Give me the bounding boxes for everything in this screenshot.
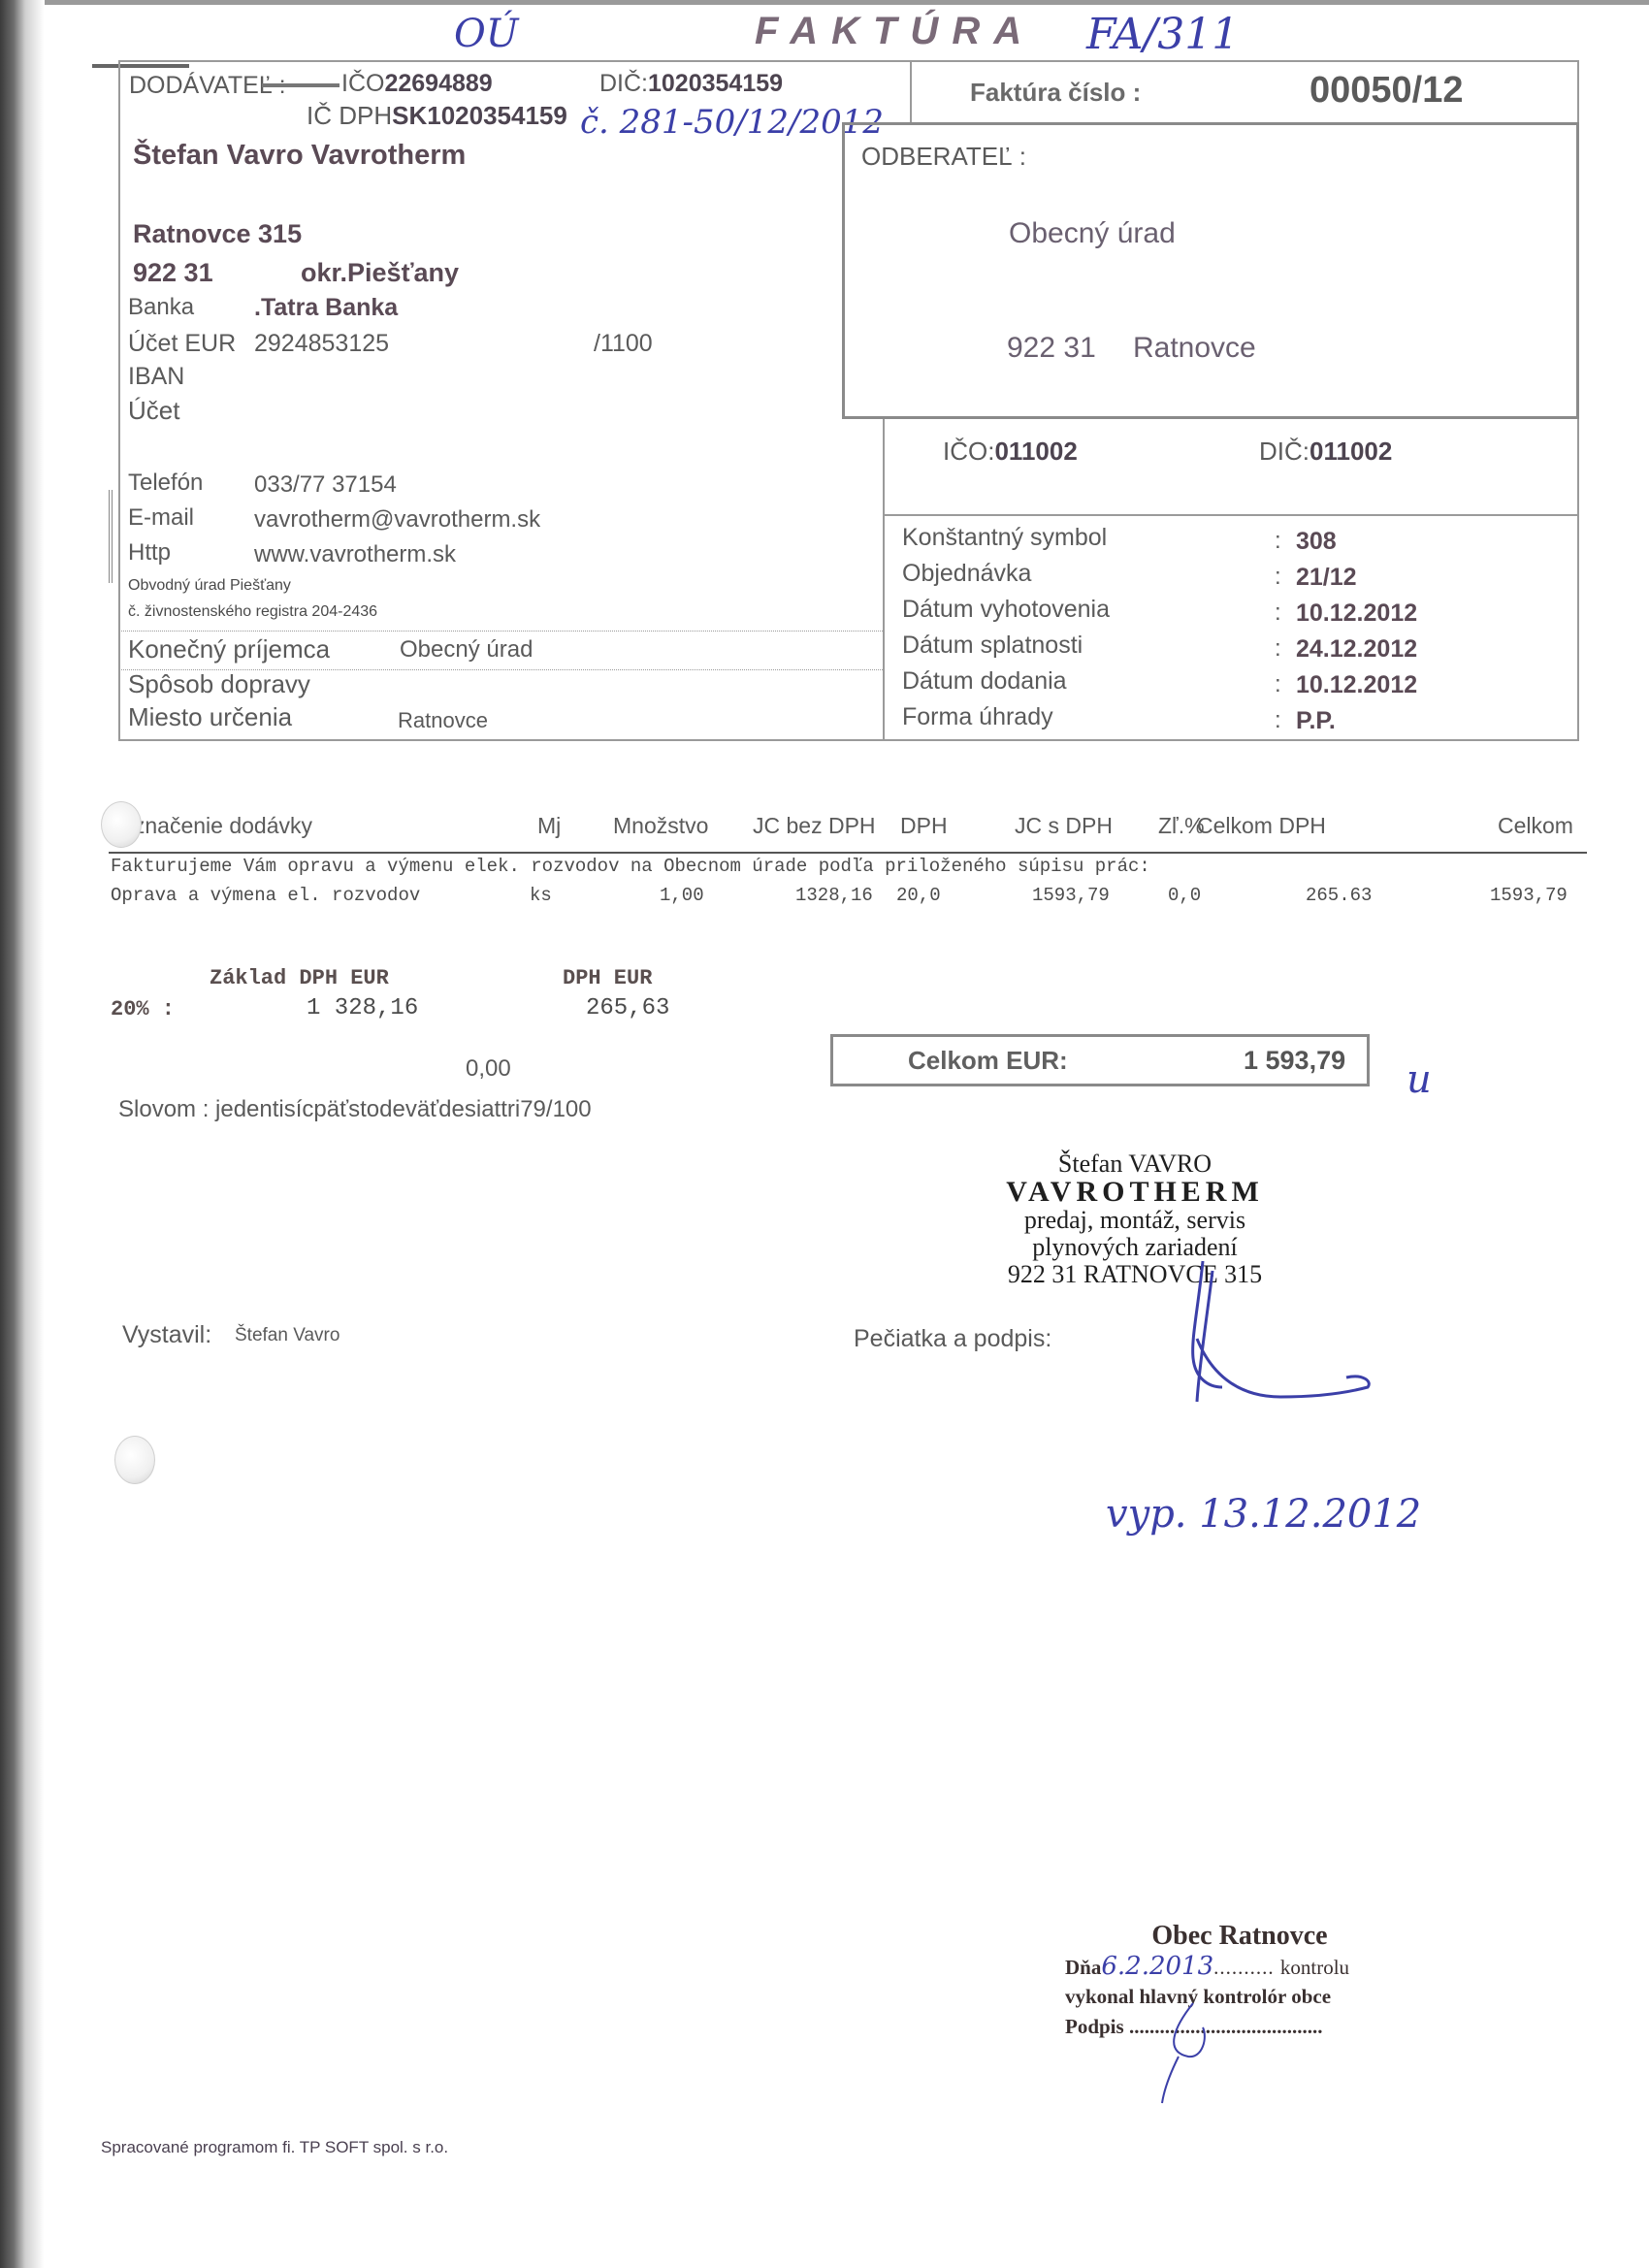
detail-value: 24.12.2012	[1296, 635, 1417, 664]
detail-colon: :	[1275, 564, 1281, 591]
iban-label: IBAN	[128, 363, 184, 391]
customer-dic: DIČ:011002	[1259, 437, 1392, 467]
handwritten-received-note: vyp. 13.12.2012	[1106, 1492, 1421, 1537]
detail-colon: :	[1275, 528, 1281, 555]
account-eur-label: Účet EUR	[128, 330, 236, 358]
issued-by-value: Štefan Vavro	[235, 1325, 339, 1346]
bank-label: Banka	[128, 294, 194, 321]
document-title: FAKTÚRA	[755, 10, 1035, 53]
bank-code: /1100	[594, 330, 653, 358]
email-label: E-mail	[128, 504, 194, 532]
detail-label: Forma úhrady	[902, 703, 1053, 731]
table-cell-vat-rate: 20,0	[896, 885, 941, 906]
control-signature	[1135, 1998, 1232, 2105]
total-label: Celkom EUR:	[908, 1046, 1068, 1076]
table-cell-quantity: 1,00	[660, 885, 704, 906]
customer-name: Obecný úrad	[1009, 217, 1176, 250]
vat-base-label: Základ DPH EUR	[210, 966, 389, 990]
supplier-dic: DIČ:1020354159	[599, 70, 783, 98]
table-cell-unit: ks	[530, 885, 552, 906]
issued-by-label: Vystavil:	[122, 1321, 211, 1349]
detail-colon: :	[1275, 599, 1281, 627]
total-value: 1 593,79	[1244, 1046, 1345, 1076]
final-recipient-value: Obecný úrad	[400, 636, 533, 664]
detail-label: Dátum vyhotovenia	[902, 596, 1110, 624]
supplier-icdph: IČ DPHSK1020354159	[307, 101, 567, 131]
detail-colon: :	[1275, 707, 1281, 734]
detail-colon: :	[1275, 635, 1281, 663]
detail-label: Dátum dodania	[902, 667, 1067, 696]
detail-label: Objednávka	[902, 560, 1031, 588]
district-office: Obvodný úrad Piešťany	[128, 577, 291, 595]
table-cell-total: 1593,79	[1490, 885, 1568, 906]
details-divider	[883, 417, 885, 741]
phone-value: 033/77 37154	[254, 471, 397, 499]
detail-value: 10.12.2012	[1296, 671, 1417, 699]
items-header-rule	[109, 852, 1587, 854]
column-header: Mj	[537, 813, 561, 839]
detail-value: P.P.	[1296, 707, 1336, 735]
control-stamp-title: Obec Ratnovce	[1065, 1921, 1375, 1952]
handwritten-ref: FA/311	[1086, 10, 1239, 59]
supplier-ico: IČO22694889	[341, 70, 493, 98]
column-header: Celkom	[1498, 813, 1573, 839]
supplier-zip: 922 31	[133, 258, 213, 288]
destination-value: Ratnovce	[398, 708, 488, 733]
other-amount: 0,00	[466, 1055, 511, 1083]
vat-amount-value: 265,63	[586, 995, 669, 1021]
column-header: Celkom DPH	[1197, 813, 1326, 839]
iban-account-label: Účet	[128, 396, 179, 426]
table-cell-vat-total: 265.63	[1306, 885, 1372, 906]
handwritten-note-ou: OÚ	[454, 12, 519, 56]
detail-label: Konštantný symbol	[902, 524, 1107, 552]
supplier-name: Štefan Vavro Vavrotherm	[133, 140, 466, 172]
table-cell-description: Oprava a výmena el. rozvodov	[111, 885, 420, 906]
column-header: Množstvo	[613, 813, 708, 839]
details-top-divider	[883, 514, 1579, 516]
phone-label: Telefón	[128, 470, 203, 497]
table-cell-unit-price-gross: 1593,79	[1032, 885, 1110, 906]
handwritten-initial: u	[1406, 1057, 1432, 1102]
stamp-services: predaj, montáž, servis	[970, 1207, 1300, 1234]
vat-base-value: 1 328,16	[307, 995, 418, 1021]
customer-zip: 922 31	[1007, 332, 1096, 365]
trade-register: č. živnostenského registra 204-2436	[128, 603, 377, 621]
delivery-divider-1	[118, 631, 883, 632]
stamp-owner: Štefan VAVRO	[970, 1150, 1300, 1178]
email-value[interactable]: vavrotherm@vavrotherm.sk	[254, 506, 540, 534]
header-left-border	[118, 60, 120, 741]
invoice-number-divider	[910, 60, 912, 124]
detail-colon: :	[1275, 671, 1281, 698]
detail-label: Dátum splatnosti	[902, 632, 1083, 660]
detail-value: 21/12	[1296, 564, 1357, 592]
customer-label: ODBERATEĽ :	[861, 142, 1026, 172]
invoice-number: 00050/12	[1309, 70, 1464, 112]
header-top-border	[118, 60, 1579, 62]
bank-name: .Tatra Banka	[254, 294, 398, 322]
punch-hole	[114, 1436, 155, 1484]
table-cell-discount: 0,0	[1168, 885, 1201, 906]
web-label: Http	[128, 539, 171, 567]
web-value[interactable]: www.vavrotherm.sk	[254, 541, 456, 568]
signature-scribble	[1174, 1251, 1387, 1407]
strike-mark	[262, 83, 339, 87]
scan-edge	[0, 0, 45, 2268]
binder-mark	[109, 490, 113, 583]
detail-value: 308	[1296, 528, 1337, 556]
items-intro: Fakturujeme Vám opravu a výmenu elek. ro…	[111, 856, 1150, 877]
header-bottom-border	[118, 739, 1579, 741]
supplier-street: Ratnovce 315	[133, 219, 302, 249]
pen-stroke	[92, 64, 189, 68]
stamp-company: VAVROTHERM	[970, 1178, 1300, 1207]
vat-rate-label: 20% :	[111, 997, 175, 1021]
column-header: JC bez DPH	[753, 813, 876, 839]
column-header: DPH	[900, 813, 948, 839]
control-stamp-date-line: Dňa6.2.2013.......... kontrolu	[1065, 1952, 1375, 1982]
stamp-sign-label: Pečiatka a podpis:	[854, 1325, 1051, 1353]
punch-hole	[101, 801, 142, 848]
table-cell-unit-price-net: 1328,16	[795, 885, 873, 906]
final-recipient-label: Konečný príjemca	[128, 634, 330, 664]
account-eur-number: 2924853125	[254, 330, 389, 358]
vat-amount-label: DPH EUR	[563, 966, 652, 990]
handwritten-registration: č. 281-50/12/2012	[580, 103, 884, 142]
column-header: Označenie dodávky	[116, 813, 312, 839]
supplier-district: okr.Piešťany	[301, 258, 459, 288]
detail-value: 10.12.2012	[1296, 599, 1417, 628]
transport-label: Spôsob dopravy	[128, 669, 310, 699]
destination-label: Miesto určenia	[128, 702, 292, 732]
column-header: JC s DPH	[1015, 813, 1113, 839]
software-credit: Spracované programom fi. TP SOFT spol. s…	[101, 2138, 448, 2157]
customer-ico: IČO:011002	[943, 437, 1078, 467]
invoice-number-label: Faktúra číslo :	[970, 78, 1141, 108]
amount-in-words: Slovom : jedentisícpäťstodeväťdesiattri7…	[118, 1096, 592, 1123]
scan-top-edge	[45, 0, 1649, 5]
customer-city: Ratnovce	[1133, 332, 1256, 365]
